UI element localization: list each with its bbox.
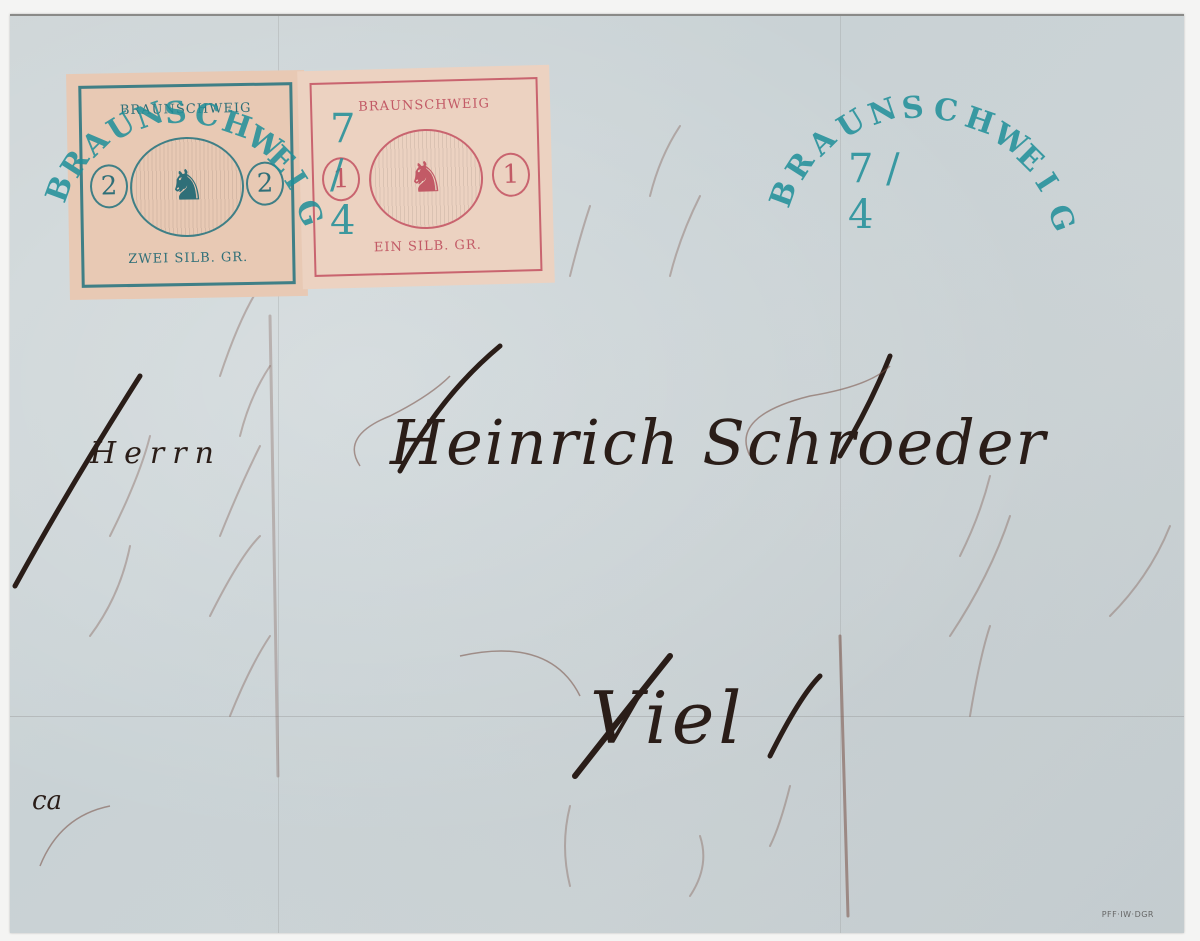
- printer-mark: PFF·IW·DGR: [1102, 910, 1154, 919]
- postal-cover: BRAUNSCHWEIG ♞ 2 2 ZWEI SILB. GR. BRAUNS…: [10, 14, 1184, 933]
- addressee-name: Heinrich Schroeder: [390, 406, 1047, 479]
- destination-city: Viel: [590, 676, 745, 760]
- annotation: ca: [32, 786, 62, 816]
- salutation: Herrn: [90, 436, 222, 471]
